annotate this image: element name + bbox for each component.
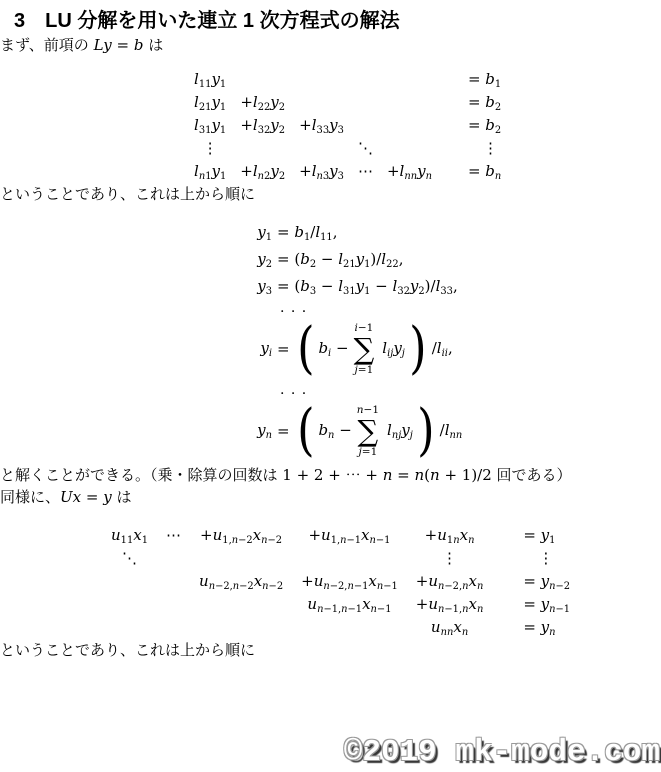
equation-row: unnxn= yn <box>111 616 570 639</box>
paragraph-after-eq2: ということであり、これは上から順に <box>0 639 661 661</box>
equation-cell <box>166 593 181 616</box>
equation-cell: ⋮ <box>446 137 501 160</box>
equation-cell <box>166 616 181 639</box>
equation-cell: +l22y2 <box>240 91 285 114</box>
equation-cell: +l32y2 <box>240 114 285 137</box>
equation-lhs: y3 <box>252 277 272 297</box>
equation-cell <box>358 114 373 137</box>
ellipsis-line: . . . <box>252 300 661 316</box>
equation-lhs: y2 <box>252 250 272 270</box>
equation-cell: +ln2y2 <box>240 160 285 183</box>
equation-cell <box>199 547 283 570</box>
sum-divisor: /lii, <box>432 339 453 359</box>
equation-line: y2= (b2 − l21y1)/l22, <box>252 246 661 273</box>
equation-cell: unnxn <box>416 616 484 639</box>
ellipsis-dots: . . . <box>280 382 307 398</box>
equation-cell <box>358 68 373 91</box>
equation-rhs: = (b2 − l21y1)/l22, <box>277 250 403 270</box>
equation-line: y3= (b3 − l31y1 − l32y2)/l33, <box>252 273 661 300</box>
equation-cell <box>387 137 432 160</box>
equation-cell <box>111 616 148 639</box>
big-paren-close: ) <box>417 403 434 459</box>
equation-cell <box>299 137 344 160</box>
equation-cell <box>111 570 148 593</box>
equation-cell <box>301 616 398 639</box>
equation-cell: un−1,n−1xn−1 <box>301 593 398 616</box>
equation-lhs: yi <box>252 339 272 359</box>
equation-cell <box>199 593 283 616</box>
equation-cell <box>387 68 432 91</box>
sum-prefix: bn − <box>318 421 351 441</box>
equation-row: l11y1= b1 <box>194 68 501 91</box>
equation-row: ln1y1+ln2y2+ln3y3⋯+lnnyn= bn <box>194 160 501 183</box>
equation-cell: un−2,n−2xn−2 <box>199 570 283 593</box>
equation-cell: ⋱ <box>111 547 148 570</box>
equation-cell: +un−2,nxn <box>416 570 484 593</box>
equation-row: un−1,n−1xn−1+un−1,nxn= yn−1 <box>111 593 570 616</box>
equation-lhs: y1 <box>252 223 272 243</box>
paragraph-after-solve: と解くことができる。（乗・除算の回数は 1 + 2 + ⋯ + n = n(n … <box>0 464 661 486</box>
equation-cell: l11y1 <box>194 68 226 91</box>
text-run: 回である） <box>492 466 572 484</box>
equation-cell <box>299 68 344 91</box>
section-number: 3 <box>14 10 25 32</box>
sigma-icon: ∑ <box>354 335 375 364</box>
paragraph-similarly: 同様に、Ux = y は <box>0 486 661 508</box>
equation-cell: l21y1 <box>194 91 226 114</box>
equation-system-ux: u11x1⋯+u1,n−2xn−2+u1,n−1xn−1+u1nxn= y1⋱⋮… <box>93 524 588 639</box>
equation-cell <box>240 137 285 160</box>
paragraph-after-eq1: ということであり、これは上から順に <box>0 183 661 205</box>
equation-cell: = b2 <box>446 114 501 137</box>
equation-system-ly: l11y1= b1l21y1+l22y2= b2l31y1+l32y2+l33y… <box>180 68 515 183</box>
equation-cell: +un−2,n−1xn−1 <box>301 570 398 593</box>
equation-cell <box>299 91 344 114</box>
equals-sign: = <box>277 422 290 440</box>
equation-cell: +l33y3 <box>299 114 344 137</box>
summation-stack: i−1∑j=1 <box>354 322 375 375</box>
equation-cell: ⋯ <box>166 524 181 547</box>
document-page: 3LU 分解を用いた連立 1 次方程式の解法 まず、前項の Ly = b は l… <box>0 8 661 661</box>
equation-cell: = y1 <box>501 524 570 547</box>
inline-math: 1 + 2 + ⋯ + n = n(n + 1)/2 <box>282 466 492 484</box>
text-run: ということであり、これは上から順に <box>0 641 255 659</box>
equation-row: l31y1+l32y2+l33y3= b2 <box>194 114 501 137</box>
equation-cell <box>301 547 398 570</box>
sum-prefix: bi − <box>318 339 348 359</box>
ellipsis-line: . . . <box>252 382 661 398</box>
equation-row: l21y1+l22y2= b2 <box>194 91 501 114</box>
equation-lhs: yn <box>252 421 272 441</box>
equation-rhs: = b1/l11, <box>277 223 337 243</box>
text-run: まず、前項の <box>0 36 94 54</box>
equation-row: ⋱⋮ ⋮ <box>111 547 570 570</box>
equation-row: un−2,n−2xn−2+un−2,n−1xn−1+un−2,nxn= yn−2 <box>111 570 570 593</box>
equation-cell: u11x1 <box>111 524 148 547</box>
sum-divisor: /lnn <box>440 421 463 441</box>
equation-cell <box>111 593 148 616</box>
equation-cell <box>199 616 283 639</box>
sum-lower-limit: j=1 <box>355 364 374 376</box>
equation-cell: +u1,n−1xn−1 <box>301 524 398 547</box>
sum-body: lnjyj <box>387 421 413 441</box>
ellipsis-dots: . . . <box>280 300 307 316</box>
equation-cell: = yn <box>501 616 570 639</box>
equation-cell: ⋯ <box>358 160 373 183</box>
equation-cell: = yn−2 <box>501 570 570 593</box>
equation-cell <box>358 91 373 114</box>
watermark: ©2019 mk-mode.com <box>344 735 660 770</box>
inline-math: Ux = y <box>60 488 112 506</box>
big-paren-open: ( <box>297 403 314 459</box>
equation-cell: +u1nxn <box>416 524 484 547</box>
equation-block-solve-y: y1= b1/l11,y2= (b2 − l21y1)/l22,y3= (b3 … <box>252 219 661 462</box>
text-run: ということであり、これは上から順に <box>0 185 255 203</box>
equation-cell <box>387 91 432 114</box>
equation-cell: ⋮ <box>194 137 226 160</box>
equation-cell: = bn <box>446 160 501 183</box>
equation-cell: l31y1 <box>194 114 226 137</box>
equation-cell: +u1,n−2xn−2 <box>199 524 283 547</box>
equation-line-sum: yn=(bn −n−1∑j=1lnjyj)/lnn <box>252 400 661 462</box>
equation-cell: ln1y1 <box>194 160 226 183</box>
equation-rhs: = (b3 − l31y1 − l32y2)/l33, <box>277 277 458 297</box>
equation-cell <box>166 570 181 593</box>
equation-cell: ⋮ <box>416 547 484 570</box>
section-heading: 3LU 分解を用いた連立 1 次方程式の解法 <box>14 8 661 34</box>
inline-math: Ly = b <box>94 36 144 54</box>
equation-line: y1= b1/l11, <box>252 219 661 246</box>
equation-row: u11x1⋯+u1,n−2xn−2+u1,n−1xn−1+u1nxn= y1 <box>111 524 570 547</box>
text-run: 同様に、 <box>0 488 60 506</box>
equation-cell: +ln3y3 <box>299 160 344 183</box>
big-paren-open: ( <box>297 321 314 377</box>
paragraph-intro: まず、前項の Ly = b は <box>0 34 661 56</box>
big-paren-close: ) <box>409 321 426 377</box>
equation-cell: +lnnyn <box>387 160 432 183</box>
equation-line-sum: yi=(bi −i−1∑j=1lijyj)/lii, <box>252 318 661 380</box>
sum-lower-limit: j=1 <box>359 446 378 458</box>
text-run: と解くことができる。（乗・除算の回数は <box>0 466 282 484</box>
equation-cell: = yn−1 <box>501 593 570 616</box>
equation-cell: +un−1,nxn <box>416 593 484 616</box>
section-title: LU 分解を用いた連立 1 次方程式の解法 <box>45 10 399 32</box>
equation-cell <box>387 114 432 137</box>
sigma-icon: ∑ <box>358 417 379 446</box>
text-run: は <box>143 36 163 54</box>
text-run: は <box>112 488 132 506</box>
equation-cell: ⋱ <box>358 137 373 160</box>
equation-row: ⋮⋱ ⋮ <box>194 137 501 160</box>
sum-body: lijyj <box>382 339 405 359</box>
equation-cell <box>240 68 285 91</box>
equals-sign: = <box>277 340 290 358</box>
equation-cell: = b1 <box>446 68 501 91</box>
equation-cell <box>166 547 181 570</box>
equation-cell: = b2 <box>446 91 501 114</box>
equation-cell: ⋮ <box>501 547 570 570</box>
summation-stack: n−1∑j=1 <box>357 404 379 457</box>
